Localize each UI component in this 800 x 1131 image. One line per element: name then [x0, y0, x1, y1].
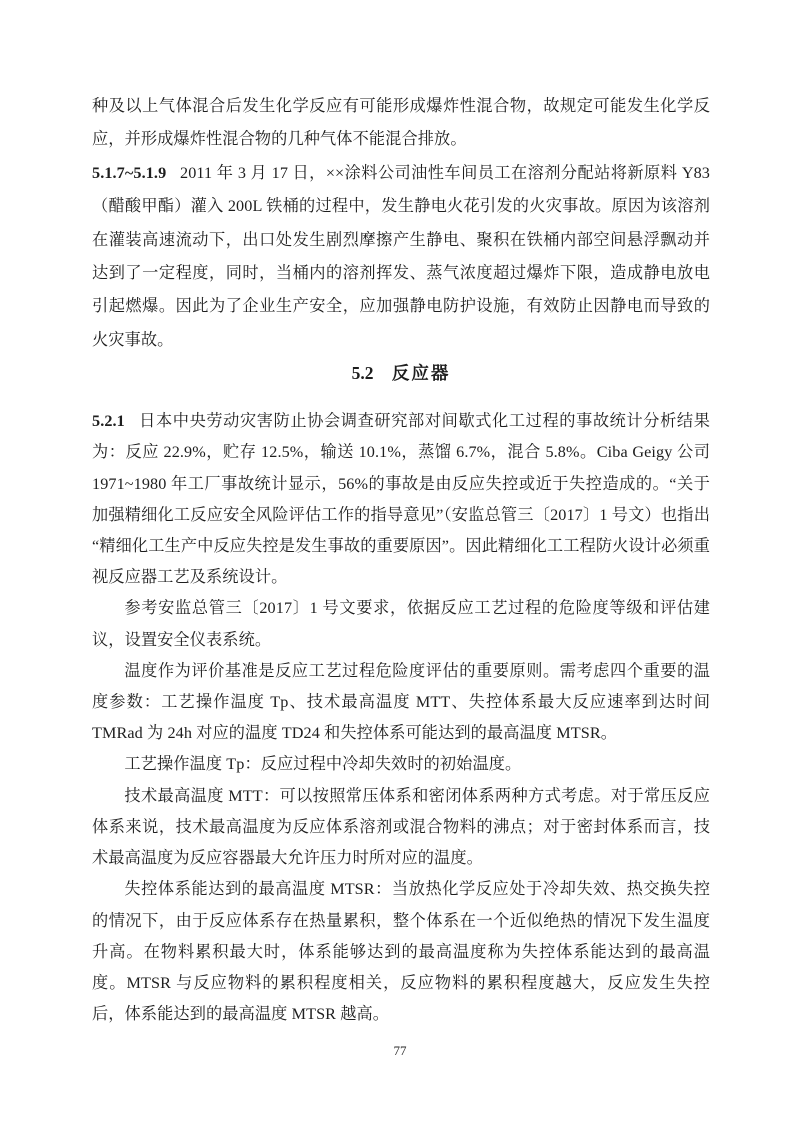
continued-paragraph: 种及以上气体混合后发生化学反应有可能形成爆炸性混合物，故规定可能发生化学反应，并…: [92, 90, 710, 157]
paragraph-text: 温度作为评价基准是反应工艺过程危险度评估的重要原则。需考虑四个重要的温度参数：工…: [92, 662, 710, 742]
clause-number: 5.1.7~5.1.9: [92, 164, 166, 182]
clause-number: 5.2.1: [92, 412, 125, 430]
body-paragraph: 工艺操作温度 Tp：反应过程中冷却失效时的初始温度。: [92, 749, 710, 780]
section-heading: 5.2反应器: [92, 358, 710, 389]
paragraph-text: 工艺操作温度 Tp：反应过程中冷却失效时的初始温度。: [124, 755, 521, 773]
clause-paragraph-5-2-1: 5.2.1日本中央劳动灾害防止协会调查研究部对间歇式化工过程的事故统计分析结果为…: [92, 406, 710, 593]
page-body-text: 种及以上气体混合后发生化学反应有可能形成爆炸性混合物，故规定可能发生化学反应，并…: [92, 90, 710, 1030]
clause-paragraph-5-1-7: 5.1.7~5.1.92011 年 3 月 17 日，××涂料公司油性车间员工在…: [92, 157, 710, 357]
section-title: 反应器: [392, 363, 451, 383]
body-paragraph: 参考安监总管三〔2017〕1 号文要求，依据反应工艺过程的危险度等级和评估建议，…: [92, 593, 710, 655]
paragraph-text: 技术最高温度 MTT：可以按照常压体系和密闭体系两种方式考虑。对于常压反应体系来…: [92, 787, 710, 867]
paragraph-text: 种及以上气体混合后发生化学反应有可能形成爆炸性混合物，故规定可能发生化学反应，并…: [92, 97, 710, 148]
body-paragraph: 温度作为评价基准是反应工艺过程危险度评估的重要原则。需考虑四个重要的温度参数：工…: [92, 656, 710, 750]
paragraph-text: 2011 年 3 月 17 日，××涂料公司油性车间员工在溶剂分配站将新原料 Y…: [92, 164, 710, 349]
section-number: 5.2: [352, 363, 374, 383]
document-page: 种及以上气体混合后发生化学反应有可能形成爆炸性混合物，故规定可能发生化学反应，并…: [0, 0, 800, 1131]
body-paragraph: 技术最高温度 MTT：可以按照常压体系和密闭体系两种方式考虑。对于常压反应体系来…: [92, 781, 710, 875]
paragraph-text: 参考安监总管三〔2017〕1 号文要求，依据反应工艺过程的危险度等级和评估建议，…: [92, 599, 710, 648]
paragraph-text: 失控体系能达到的最高温度 MTSR：当放热化学反应处于冷却失效、热交换失控的情况…: [92, 880, 710, 1023]
paragraph-text: 日本中央劳动灾害防止协会调查研究部对间歇式化工过程的事故统计分析结果为：反应 2…: [92, 412, 710, 586]
page-number: 77: [0, 1042, 800, 1060]
body-paragraph: 失控体系能达到的最高温度 MTSR：当放热化学反应处于冷却失效、热交换失控的情况…: [92, 874, 710, 1030]
